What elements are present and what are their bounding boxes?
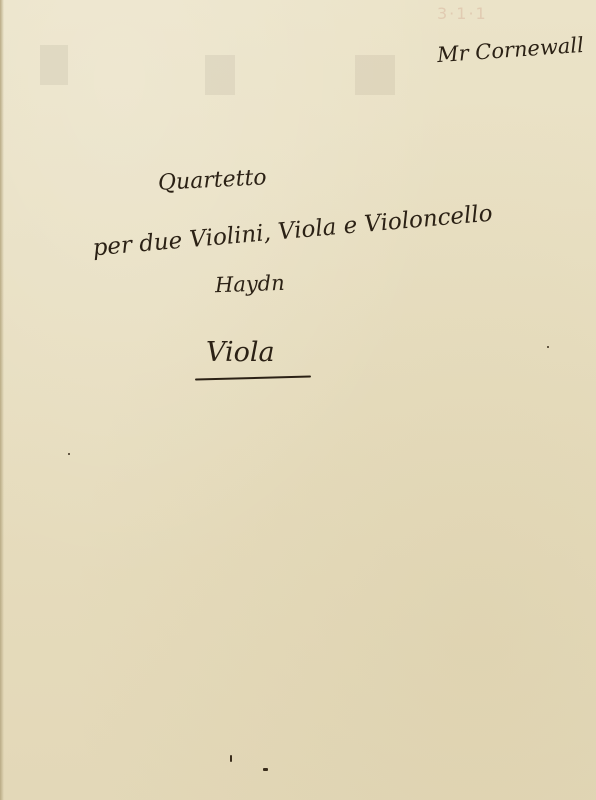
bleed-through-mark	[355, 55, 395, 95]
ink-speck	[547, 346, 549, 348]
instrumentation: per due Violini, Viola e Violoncello	[92, 201, 494, 262]
owner-signature: Mr Cornewall	[436, 33, 584, 67]
bleed-through-mark	[40, 45, 68, 85]
faint-stamp: 3·1·1	[437, 4, 488, 23]
page-edge	[0, 0, 4, 800]
work-title: Quartetto	[157, 165, 267, 196]
composer-name: Haydn	[215, 271, 285, 297]
ink-speck	[230, 755, 232, 762]
part-name: Viola	[206, 337, 275, 368]
manuscript-page: 3·1·1 Mr Cornewall Quartetto per due Vio…	[0, 0, 596, 800]
ink-speck	[263, 768, 268, 771]
bleed-through-mark	[205, 55, 235, 95]
ink-speck	[68, 453, 70, 455]
part-underline	[195, 375, 311, 380]
